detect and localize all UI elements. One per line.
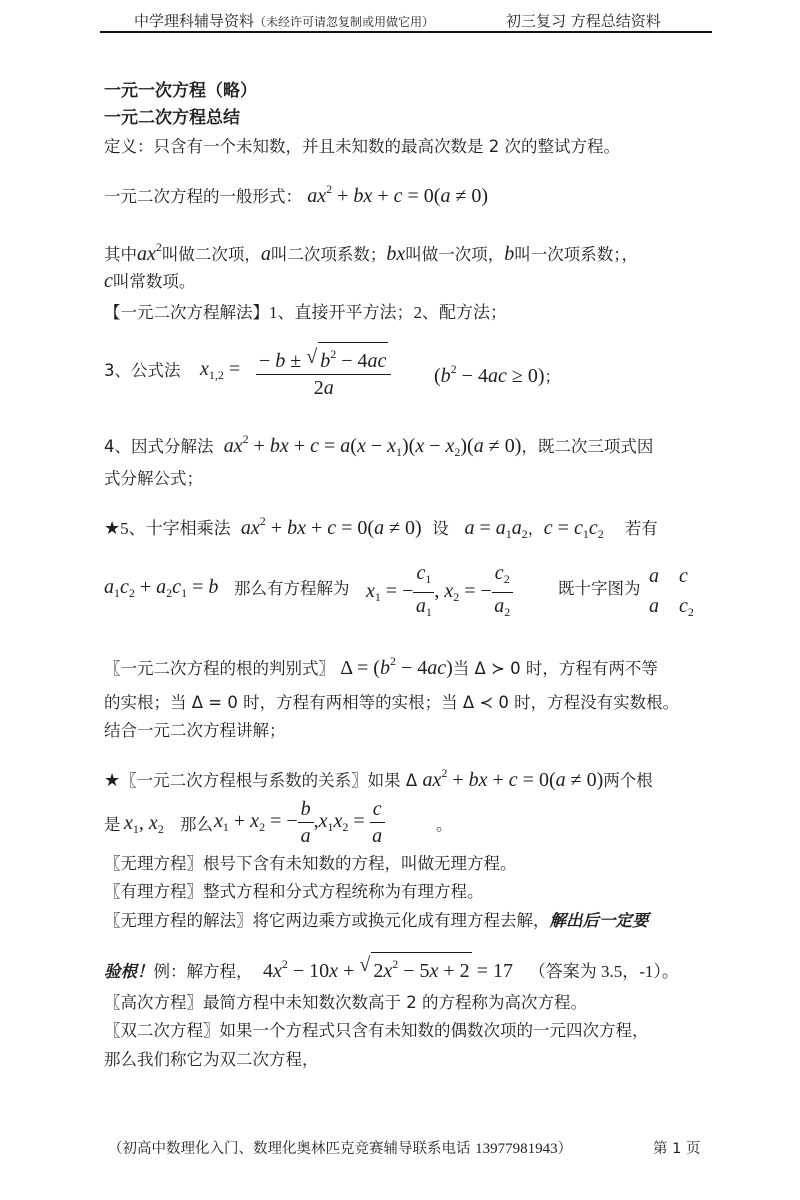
- set-word: 设: [432, 519, 449, 538]
- footer-phone: 13977981943: [475, 1141, 558, 1157]
- cross-bottom-left: a: [649, 595, 659, 618]
- header-right-title: 初三复习 方程总结资料: [506, 10, 661, 31]
- page-number: 第 1 页: [653, 1137, 700, 1158]
- general-form-formula: ax2 + bx + c = 0(a ≠ 0): [307, 185, 488, 207]
- cross-solution-formula: x1 = −c1a1, x2 = −c2a2: [366, 560, 513, 625]
- vieta-line: ★〖一元二次方程根与系数的关系〗如果 Δ ax2 + bx + c = 0(a …: [104, 762, 653, 792]
- terms-line-2: c叫常数项。: [104, 270, 195, 293]
- header-title: 中学理科辅导资料: [134, 12, 254, 30]
- header-left: 中学理科辅导资料（未经许可请忽复制或用做它用）: [134, 10, 434, 31]
- star-icon: ★: [104, 770, 120, 791]
- math-bx: bx: [386, 243, 405, 265]
- text-fragment: 叫二次项系数；: [271, 245, 387, 264]
- cross-bottom-right: c2: [679, 595, 694, 620]
- rational-heading: 〖有理方程〗: [104, 882, 203, 901]
- definition-text: 定义：只含有一个未知数，并且未知数的最高次数是 2 次的整试方程。: [104, 136, 620, 158]
- solution-label: 那么有方程解为: [234, 578, 350, 600]
- irrational-method-line: 〖无理方程的解法〗将它两边乘方或换元化成有理方程去解，解出后一定要: [104, 910, 649, 932]
- text-fragment: 叫做一次项，: [405, 245, 504, 264]
- methods-1-2: 1、直接开平方法；2、配方法；: [269, 303, 507, 322]
- biquadratic-heading: 〖双二次方程〗: [104, 1021, 220, 1040]
- vieta-relations: x1 + x2 = −ba,x1x2 = ca: [214, 796, 385, 849]
- rational-text: 整式方程和分式方程统称为有理方程。: [203, 882, 484, 901]
- discriminant-line: 〖一元二次方程的根的判别式〗 Δ = (b2 − 4ac)当 Δ ≻ 0 时，方…: [104, 650, 658, 680]
- higher-heading: 〖高次方程〗: [104, 993, 203, 1012]
- math-a: a: [261, 243, 271, 265]
- heading-quadratic-summary: 一元二次方程总结: [104, 107, 240, 129]
- discriminant-heading: 〖一元二次方程的根的判别式〗: [104, 659, 335, 678]
- irrational-line: 〖无理方程〗根号下含有未知数的方程，叫做无理方程。: [104, 853, 517, 875]
- irrational-method-heading: 〖无理方程的解法〗: [104, 911, 253, 930]
- page-header: 中学理科辅导资料（未经许可请忽复制或用做它用） 初三复习 方程总结资料: [100, 6, 712, 32]
- math-c: c: [104, 270, 113, 292]
- vieta-heading: 〖一元二次方程根与系数的关系〗: [120, 771, 368, 790]
- example-label: 例：解方程，: [154, 962, 253, 981]
- method-3-condition: (b2 − 4ac ≥ 0)；: [434, 358, 561, 388]
- star-icon: ★: [104, 518, 120, 539]
- page-footer: （初高中数理化入门、数理化奥林匹克竞赛辅导联系电话 13977981943） 第…: [108, 1137, 712, 1158]
- verify-emphasis-2: 验根！: [104, 962, 154, 981]
- example-equation: 4x2 − 10x + √2x2 − 5x + 2 = 17: [263, 960, 513, 982]
- method-5-line: ★5、十字相乘法 ax2 + bx + c = 0(a ≠ 0) 设 a = a…: [104, 510, 658, 545]
- vieta-if: 如果 Δ: [368, 771, 418, 790]
- discriminant-line-2: 的实根；当 Δ = 0 时，方程有两相等的实根；当 Δ ≺ 0 时，方程没有实数…: [104, 692, 679, 714]
- document-page: 中学理科辅导资料（未经许可请忽复制或用做它用） 初三复习 方程总结资料 一元一次…: [0, 0, 800, 1200]
- method-5-set-formula: a = a1a2，c = c1c2: [464, 517, 603, 539]
- rational-line: 〖有理方程〗整式方程和分式方程统称为有理方程。: [104, 881, 484, 903]
- biquadratic-line-2: 那么我们称它为双二次方程，: [104, 1049, 319, 1071]
- quadratic-formula-fraction: − b ± √b2 − 4ac 2a: [256, 342, 391, 401]
- method-4-line-2: 式分解公式；: [104, 468, 203, 490]
- text-fragment: 叫做二次项，: [162, 245, 261, 264]
- math-b: b: [504, 243, 514, 265]
- heading-linear-equation: 一元一次方程（略）: [104, 80, 257, 102]
- method-5-label: 5、十字相乘法: [120, 519, 231, 538]
- irrational-heading: 〖无理方程〗: [104, 854, 203, 873]
- text-fragment: 叫常数项。: [113, 272, 196, 291]
- method-3-lhs: x1,2 =: [200, 358, 240, 386]
- terms-line-1: 其中ax2叫做二次项，a叫二次项系数；bx叫做一次项，b叫一次项系数；，: [104, 236, 638, 266]
- vieta-formula: ax2 + bx + c = 0(a ≠ 0): [422, 769, 603, 791]
- irrational-method-text: 将它两边乘方或换元化成有理方程去解，: [253, 911, 550, 930]
- footer-text: （初高中数理化入门、数理化奥林匹克竞赛辅导联系电话: [108, 1141, 475, 1157]
- cross-top-left: a: [649, 565, 659, 588]
- biquadratic-text: 如果一个方程式只含有未知数的偶数次项的一元四次方程，: [220, 1021, 649, 1040]
- if-word: 若有: [625, 519, 658, 538]
- footer-close: ）: [558, 1141, 573, 1157]
- vieta-then: 那么: [180, 814, 213, 836]
- header-note: （未经许可请忽复制或用做它用）: [254, 15, 434, 29]
- cross-top-right: c: [679, 565, 688, 588]
- biquadratic-line: 〖双二次方程〗如果一个方程式只含有未知数的偶数次项的一元四次方程，: [104, 1020, 649, 1042]
- verify-emphasis-1: 解出后一定要: [550, 911, 649, 930]
- discriminant-formula: Δ = (b2 − 4ac): [340, 657, 453, 679]
- math-ax2: ax2: [137, 243, 162, 265]
- vieta-prefix: 是: [104, 814, 121, 836]
- vieta-end: 。: [436, 814, 453, 836]
- header-divider: [100, 31, 712, 33]
- higher-line: 〖高次方程〗最简方程中未知数次数高于 2 的方程称为高次方程。: [104, 992, 587, 1014]
- text-fragment: 叫一次项系数；，: [514, 245, 638, 264]
- higher-text: 最简方程中未知数次数高于 2 的方程称为高次方程。: [203, 993, 587, 1012]
- method-3-label: 3、公式法: [104, 360, 181, 382]
- irrational-text: 根号下含有未知数的方程，叫做无理方程。: [203, 854, 517, 873]
- text-fragment: 其中: [104, 245, 137, 264]
- method-4-formula: ax2 + bx + c = a(x − x1)(x − x2)(a ≠ 0): [219, 435, 522, 457]
- general-form-line: 一元二次方程的一般形式： ax2 + bx + c = 0(a ≠ 0): [104, 178, 488, 208]
- discriminant-line-3: 结合一元二次方程讲解；: [104, 720, 286, 742]
- general-form-label: 一元二次方程的一般形式：: [104, 187, 302, 206]
- cross-diagram-label: 既十字图为: [558, 578, 641, 600]
- vieta-roots: x1, x2: [124, 812, 164, 840]
- method-4-label: 4、因式分解法: [104, 437, 214, 456]
- irrational-example-line: 验根！例：解方程， 4x2 − 10x + √2x2 − 5x + 2 = 17…: [104, 952, 679, 983]
- method-5-formula: ax2 + bx + c = 0(a ≠ 0): [236, 517, 422, 539]
- methods-heading: 【一元二次方程解法】: [104, 303, 269, 322]
- discriminant-tail: 当 Δ ≻ 0 时，方程有两不等: [453, 659, 658, 678]
- method-4-line: 4、因式分解法 ax2 + bx + c = a(x − x1)(x − x2)…: [104, 428, 653, 463]
- vieta-tail: 两个根: [603, 771, 653, 790]
- example-answer: （答案为 3.5，-1）。: [529, 962, 679, 981]
- cross-condition-formula: a1c2 + a2c1 = b: [104, 576, 218, 604]
- methods-line: 【一元二次方程解法】1、直接开平方法；2、配方法；: [104, 302, 507, 324]
- method-4-tail: ，既二次三项式因: [521, 437, 653, 456]
